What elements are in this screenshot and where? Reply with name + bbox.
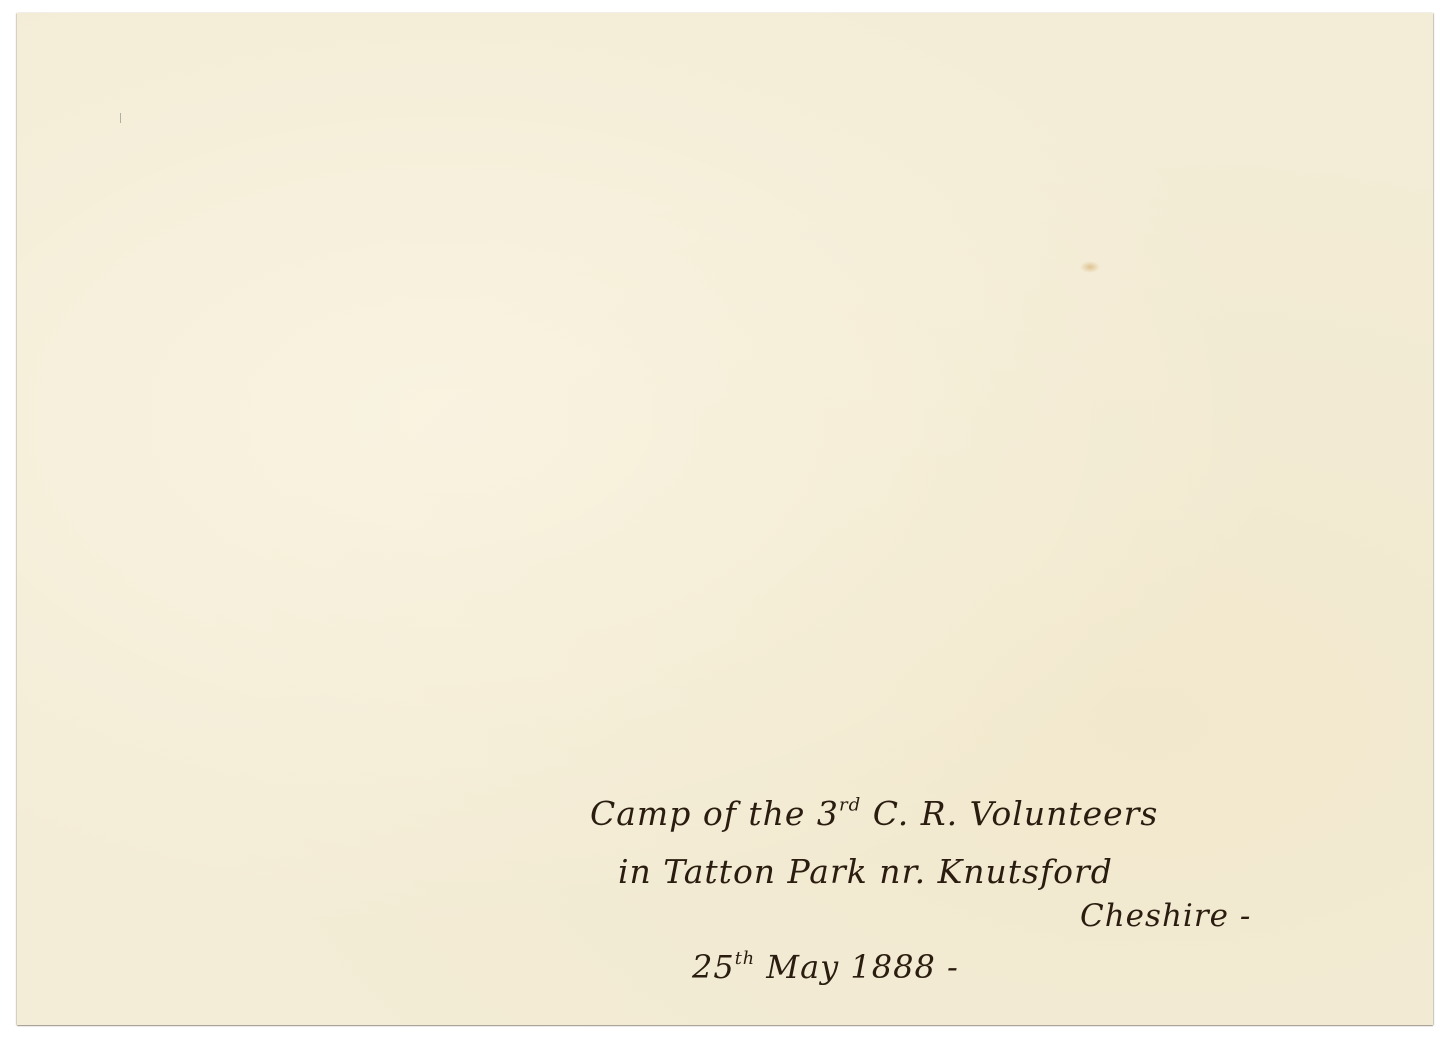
inscription-line-3: Cheshire - <box>1080 898 1251 934</box>
inscription-line-2: in Tatton Park nr. Knutsford <box>618 852 1113 891</box>
date-rest: May 1888 - <box>755 948 959 986</box>
inscription-line-1: Camp of the 3rd C. R. Volunteers <box>590 794 1158 833</box>
stain-mark <box>1080 261 1100 273</box>
date-day: 25 <box>692 948 735 986</box>
inscription-text: Camp of the 3 <box>590 794 839 833</box>
ordinal-suffix: th <box>735 949 755 969</box>
inscription-date: 25th May 1888 - <box>692 948 959 986</box>
pencil-mark <box>120 113 121 123</box>
inscription-text: C. R. Volunteers <box>861 794 1158 833</box>
ordinal-suffix: rd <box>839 794 861 815</box>
